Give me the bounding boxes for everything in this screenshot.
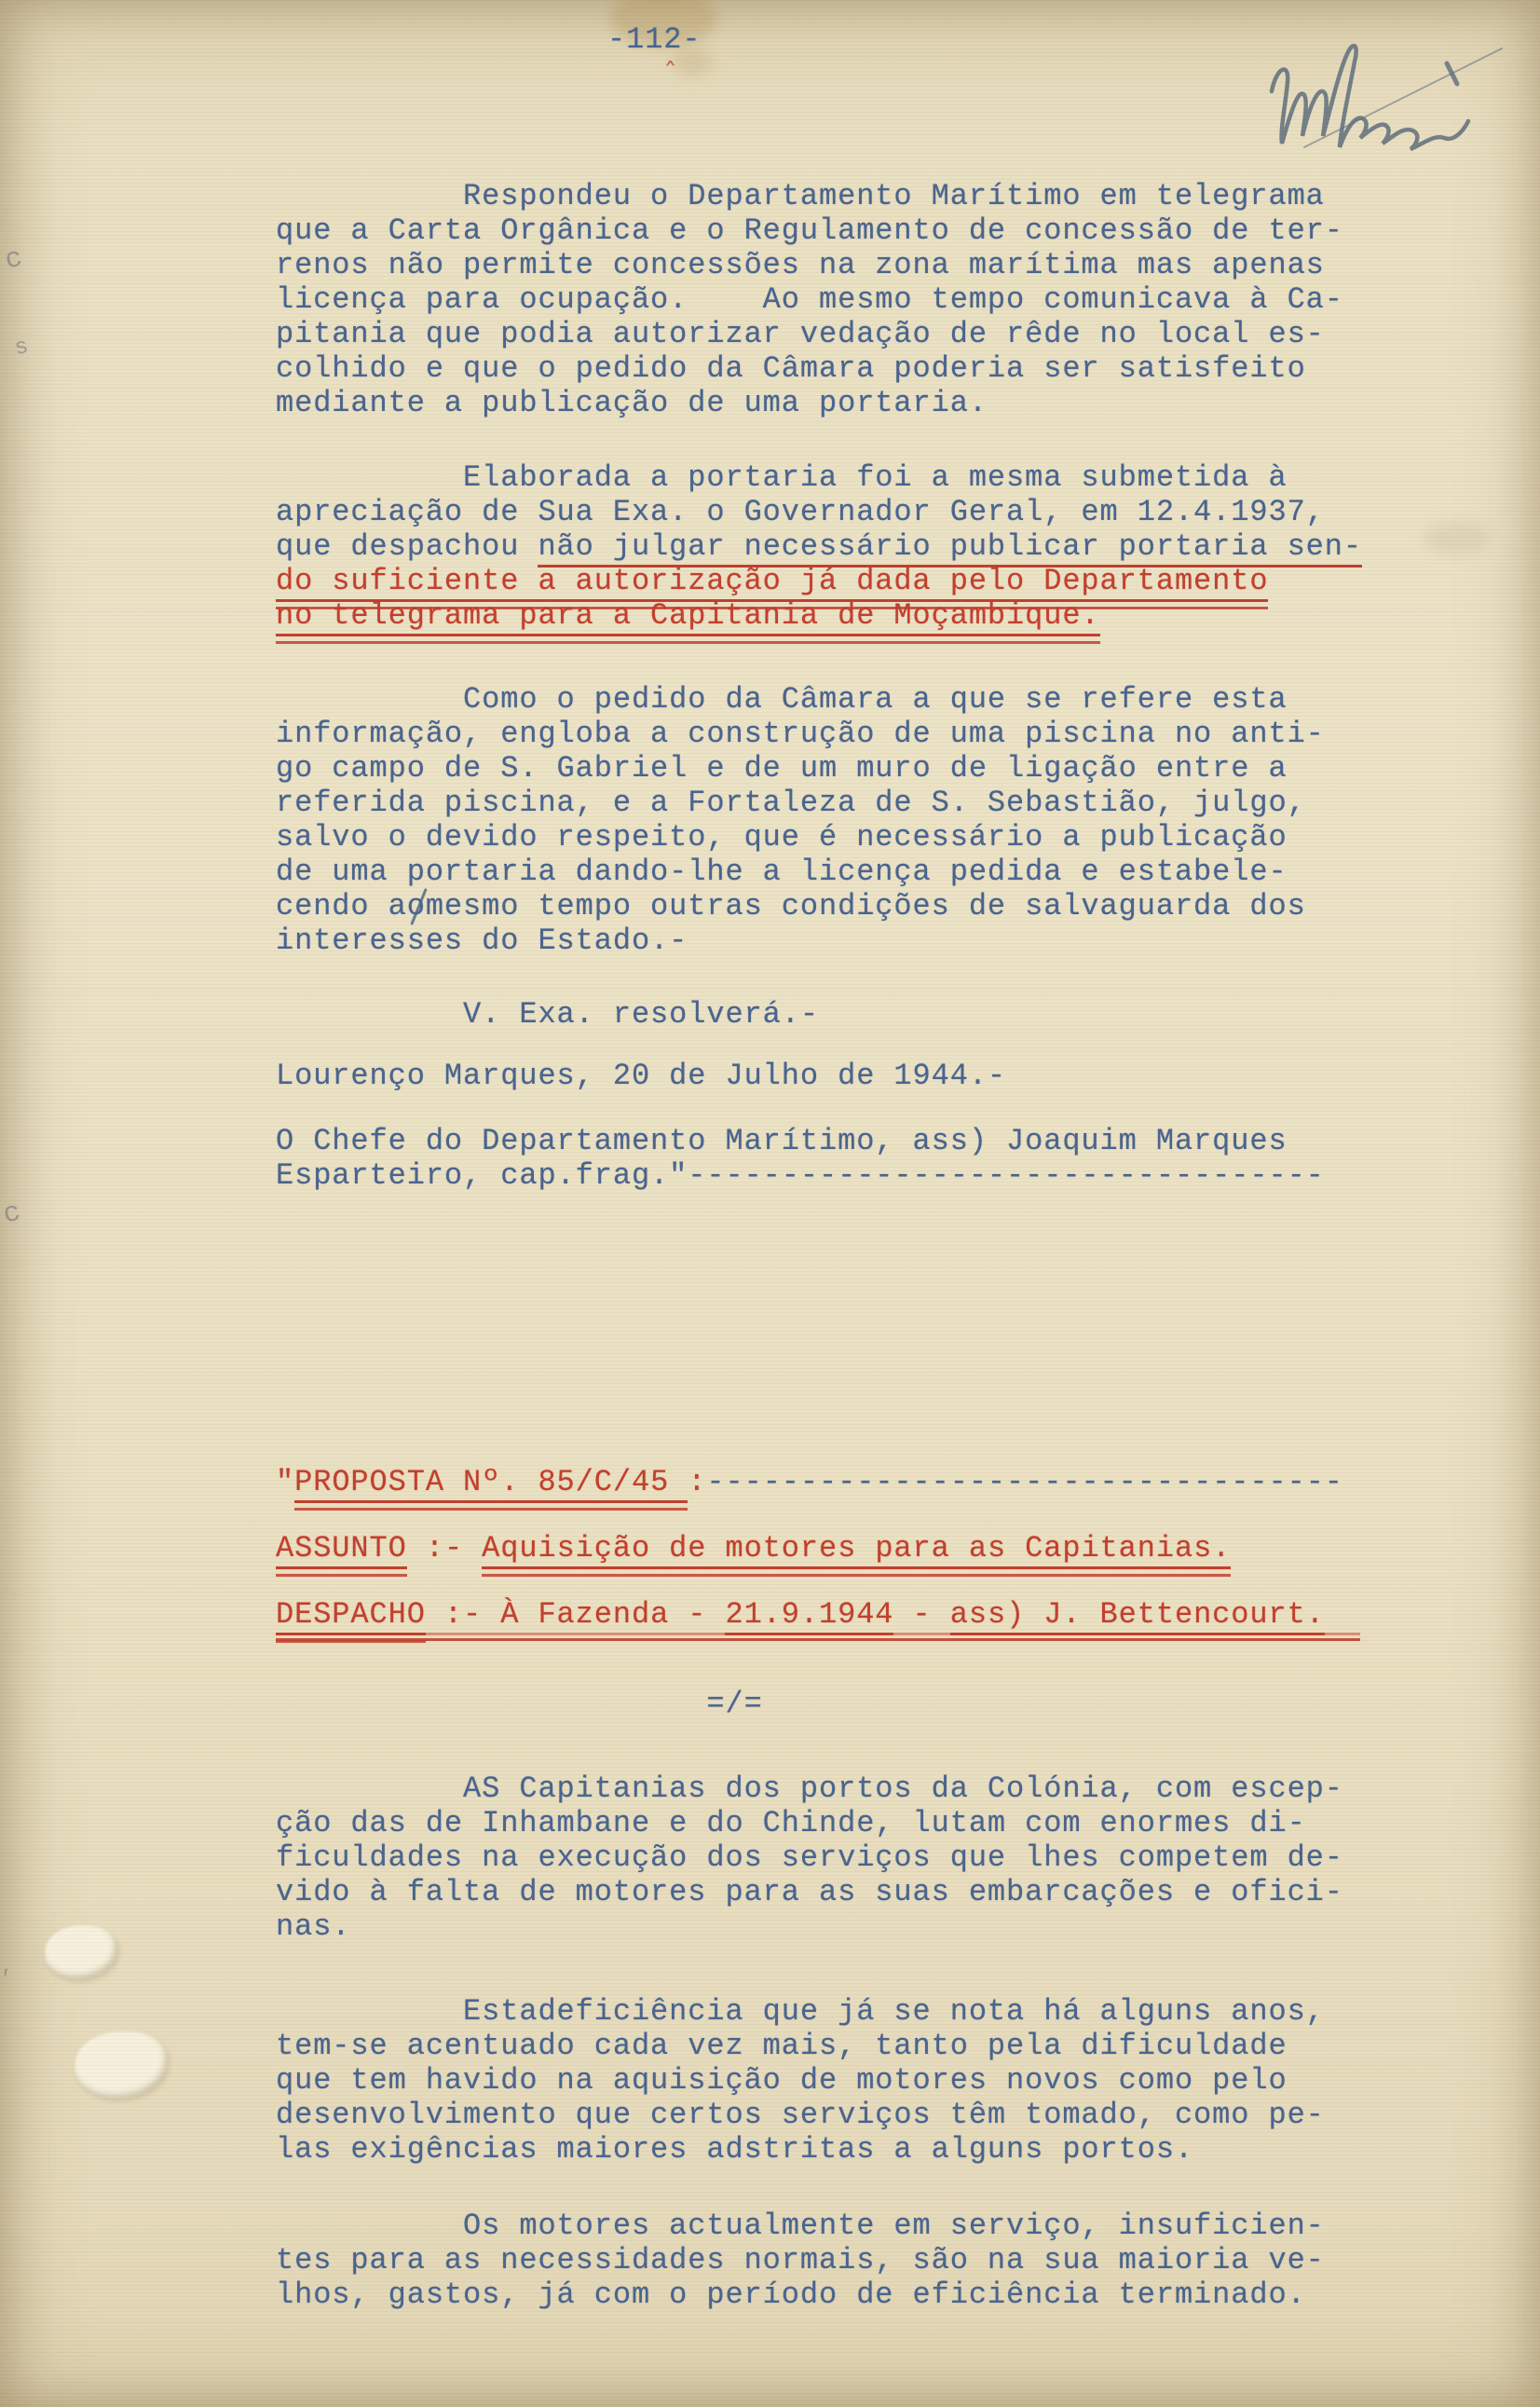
text-line: desenvolvimento que certos serviços têm … [276, 2098, 1325, 2132]
text-segment: que despachou [276, 529, 538, 564]
text-segment: tem-se acentuado cada vez mais, tanto pe… [276, 2029, 1288, 2063]
text-segment: colhido e que o pedido da Câmara poderia… [276, 351, 1306, 386]
text-line: ASSUNTO :- Aquisição de motores para as … [276, 1531, 1231, 1566]
text-line: nas. [276, 1909, 1343, 1944]
text-segment: Esparteiro, cap.frag."------------------… [276, 1158, 1325, 1193]
typewritten-text-layer: -112- Respondeu o Departamento Marítimo … [0, 0, 1540, 2407]
line-dateline: Lourenço Marques, 20 de Julho de 1944.- [276, 1059, 1006, 1093]
text-segment: :- À Fazenda - [426, 1597, 726, 1632]
text-line: AS Capitanias dos portos da Colónia, com… [276, 1771, 1343, 1806]
text-line: V. Exa. resolverá.- [276, 997, 819, 1032]
text-line: las exigências maiores adstritas a algun… [276, 2132, 1325, 2167]
text-segment: Respondeu o Departamento Marítimo em tel… [276, 179, 1325, 213]
text-line: Elaborada a portaria foi a mesma submeti… [276, 460, 1362, 495]
text-line: do suficiente a autorização já dada pelo… [276, 564, 1362, 598]
text-line: Esparteiro, cap.frag."------------------… [276, 1158, 1325, 1193]
text-segment: lhos, gastos, já com o período de eficiê… [276, 2277, 1306, 2312]
text-line: licença para ocupação. Ao mesmo tempo co… [276, 282, 1343, 317]
heading-despacho: DESPACHO :- À Fazenda - 21.9.1944 - ass)… [276, 1597, 1325, 1632]
text-segment: pitania que podia autorizar vedação de r… [276, 317, 1325, 351]
text-segment: vido à falta de motores para as suas emb… [276, 1875, 1343, 1909]
text-line: colhido e que o pedido da Câmara poderia… [276, 351, 1343, 386]
text-segment: de uma portaria dando-lhe a licença pedi… [276, 855, 1288, 889]
text-segment: PROPOSTA Nº. 85/C/45 [294, 1465, 688, 1511]
text-segment: ---------------------------------- [706, 1465, 1343, 1499]
text-segment: Aquisição de motores para as Capitanias. [482, 1531, 1231, 1577]
text-line: -112- [607, 22, 702, 57]
para-capitanias-colonia: AS Capitanias dos portos da Colónia, com… [276, 1771, 1343, 1944]
text-line: Respondeu o Departamento Marítimo em tel… [276, 179, 1343, 213]
text-segment: DESPACHO [276, 1597, 426, 1643]
text-line: "PROPOSTA Nº. 85/C/45 :-----------------… [276, 1465, 1343, 1499]
text-line: Os motores actualmente em serviço, insuf… [276, 2209, 1325, 2243]
text-segment: ção das de Inhambane e do Chinde, lutam … [276, 1806, 1306, 1840]
text-line: salvo o devido respeito, que é necessári… [276, 820, 1325, 855]
text-line: DESPACHO :- À Fazenda - 21.9.1944 - ass)… [276, 1597, 1325, 1632]
text-segment: que a Carta Orgânica e o Regulamento de … [276, 213, 1343, 248]
text-segment: informação, engloba a construção de uma … [276, 717, 1325, 751]
text-segment: go campo de S. Gabriel e de um muro de l… [276, 751, 1288, 786]
text-line: =/= [276, 1687, 763, 1721]
text-segment: salvo o devido respeito, que é necessári… [276, 820, 1288, 855]
text-segment: las exigências maiores adstritas a algun… [276, 2132, 1193, 2167]
document-page: c s c , -112- Respondeu o Departamento M… [0, 0, 1540, 2407]
para-telegrama: Respondeu o Departamento Marítimo em tel… [276, 179, 1343, 420]
text-segment: ass) J. Bettencourt. [950, 1597, 1325, 1635]
text-line: referida piscina, e a Fortaleza de S. Se… [276, 786, 1325, 820]
text-line: lhos, gastos, já com o período de eficiê… [276, 2277, 1325, 2312]
text-segment: - [893, 1597, 949, 1632]
text-segment: desenvolvimento que certos serviços têm … [276, 2098, 1325, 2132]
text-segment: Elaborada a portaria foi a mesma submeti… [276, 460, 1288, 495]
text-segment: interesses do Estado.- [276, 923, 688, 958]
section-separator: =/= [276, 1687, 763, 1721]
text-segment: cendo aomesmo tempo outras condições de … [276, 889, 1306, 923]
text-line: tem-se acentuado cada vez mais, tanto pe… [276, 2029, 1325, 2063]
text-segment: licença para ocupação. Ao mesmo tempo co… [276, 282, 1343, 317]
text-line: Lourenço Marques, 20 de Julho de 1944.- [276, 1059, 1006, 1093]
text-segment: referida piscina, e a Fortaleza de S. Se… [276, 786, 1306, 820]
text-segment: tes para as necessidades normais, são na… [276, 2243, 1325, 2277]
line-chefe-assinatura: O Chefe do Departamento Marítimo, ass) J… [276, 1124, 1325, 1193]
text-segment: renos não permite concessões na zona mar… [276, 248, 1325, 282]
text-line: cendo aomesmo tempo outras condições de … [276, 889, 1325, 923]
text-segment: mediante a publicação de uma portaria. [276, 386, 988, 420]
text-line: O Chefe do Departamento Marítimo, ass) J… [276, 1124, 1325, 1158]
text-line: informação, engloba a construção de uma … [276, 717, 1325, 751]
text-line: apreciação de Sua Exa. o Governador Gera… [276, 495, 1362, 529]
text-segment: Os motores actualmente em serviço, insuf… [276, 2209, 1325, 2243]
text-segment: : [688, 1465, 706, 1499]
text-line: vido à falta de motores para as suas emb… [276, 1875, 1343, 1909]
text-segment: Estadeficiência que já se nota há alguns… [276, 1994, 1325, 2029]
text-segment: ASSUNTO [276, 1531, 407, 1577]
text-line: que tem havido na aquisição de motores n… [276, 2063, 1325, 2098]
line-v-exa: V. Exa. resolverá.- [276, 997, 819, 1032]
heading-proposta: "PROPOSTA Nº. 85/C/45 :-----------------… [276, 1465, 1343, 1499]
red-rule-despacho [276, 1638, 1360, 1641]
para-motores-velhos: Os motores actualmente em serviço, insuf… [276, 2209, 1325, 2312]
heading-assunto: ASSUNTO :- Aquisição de motores para as … [276, 1531, 1231, 1566]
para-portaria-despacho: Elaborada a portaria foi a mesma submeti… [276, 460, 1362, 633]
text-segment: -112- [607, 22, 702, 57]
text-segment: não julgar necessário publicar portaria … [538, 529, 1362, 568]
text-segment: AS Capitanias dos portos da Colónia, com… [276, 1771, 1343, 1806]
text-line: que despachou não julgar necessário publ… [276, 529, 1362, 564]
text-segment: " [276, 1465, 294, 1499]
text-segment: apreciação de Sua Exa. o Governador Gera… [276, 495, 1325, 529]
text-line: ção das de Inhambane e do Chinde, lutam … [276, 1806, 1343, 1840]
text-line: pitania que podia autorizar vedação de r… [276, 317, 1343, 351]
text-line: mediante a publicação de uma portaria. [276, 386, 1343, 420]
text-segment: no telegrama para a Capitania de Moçambi… [276, 598, 1100, 644]
text-segment: nas. [276, 1909, 350, 1944]
text-segment: 21.9.1944 [725, 1597, 893, 1635]
text-line: tes para as necessidades normais, são na… [276, 2243, 1325, 2277]
para-camara-piscina: Como o pedido da Câmara a que se refere … [276, 682, 1325, 958]
text-segment: ficuldades na execução dos serviços que … [276, 1840, 1343, 1875]
text-line: de uma portaria dando-lhe a licença pedi… [276, 855, 1325, 889]
red-caret-mark: ˆ [663, 58, 677, 90]
para-deficiencia: Estadeficiência que já se nota há alguns… [276, 1994, 1325, 2167]
text-segment: Como o pedido da Câmara a que se refere … [276, 682, 1288, 717]
text-segment: V. Exa. resolverá.- [276, 997, 819, 1032]
text-segment: que tem havido na aquisição de motores n… [276, 2063, 1288, 2098]
text-segment: Lourenço Marques, 20 de Julho de 1944.- [276, 1059, 1006, 1093]
text-segment: O Chefe do Departamento Marítimo, ass) J… [276, 1124, 1288, 1158]
page-number: -112- [607, 22, 702, 57]
text-line: go campo de S. Gabriel e de um muro de l… [276, 751, 1325, 786]
text-line: Estadeficiência que já se nota há alguns… [276, 1994, 1325, 2029]
text-line: que a Carta Orgânica e o Regulamento de … [276, 213, 1343, 248]
text-line: renos não permite concessões na zona mar… [276, 248, 1343, 282]
text-segment: =/= [276, 1687, 763, 1721]
text-line: Como o pedido da Câmara a que se refere … [276, 682, 1325, 717]
text-line: interesses do Estado.- [276, 923, 1325, 958]
text-segment: :- [407, 1531, 482, 1566]
text-line: ficuldades na execução dos serviços que … [276, 1840, 1343, 1875]
